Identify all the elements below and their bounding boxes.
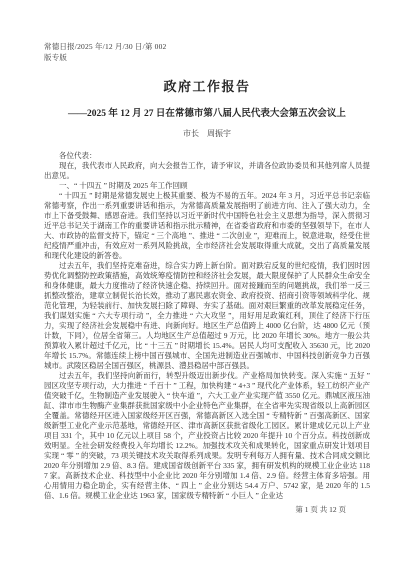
publication-info-line2: 版专版 <box>44 53 370 64</box>
section-heading: 一、“ 十四五 ” 时期及 2025 年工作回顾 <box>44 181 370 191</box>
salutation: 各位代表： <box>44 151 370 161</box>
paragraph-review-overview: “ 十四五 ” 时期是常德发展史上极其重要、极为不易的五年。2024 年 3 月… <box>44 191 370 261</box>
report-body: 各位代表： 现在，我代表市人民政府，向大会报告工作，请予审议，并请各位政协委员和… <box>44 151 370 501</box>
document-subtitle: ——2025 年 12 月 27 日在常德市第八届人民代表大会第五次会议上 <box>44 105 370 119</box>
author-byline: 市长 周振宇 <box>44 128 370 139</box>
publication-info: 常德日报/2025 年/12 月/30 日/第 002 版专版 <box>44 42 370 64</box>
paragraph-industrial-transformation: 过去五年，我们坚持向新而行，转型升级迈出新步伐。产业格局加快转变。深入实施 “ … <box>44 371 370 501</box>
page-number-indicator: 第 1 页 共 12 页 <box>44 504 370 515</box>
document-title: 政府工作报告 <box>44 76 370 95</box>
paragraph-intro: 现在，我代表市人民政府，向大会报告工作，请予审议，并请各位政协委员和其他列席人员… <box>44 161 370 181</box>
publication-info-line1: 常德日报/2025 年/12 月/30 日/第 002 <box>44 42 370 53</box>
paragraph-comprehensive-strength: 过去五年，我们坚持克难奋进，综合实力跨上新台阶。面对跌宕反复的世纪疫情，我们因时… <box>44 261 370 371</box>
document-page: 常德日报/2025 年/12 月/30 日/第 002 版专版 政府工作报告 —… <box>0 0 410 580</box>
